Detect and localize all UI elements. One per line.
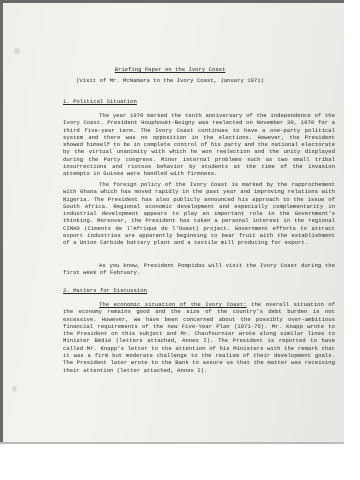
paragraph-foreign-policy: The foreign policy of the Ivory Coast is…: [63, 181, 335, 247]
paragraph-text: The foreign policy of the Ivory Coast is…: [63, 181, 335, 246]
document-subtitle: (Visit of Mr. McNamara to the Ivory Coas…: [40, 77, 300, 84]
section-heading-political-situation: 1. Political Situation: [63, 98, 137, 105]
paragraph-text: As you know, President Pompidou will vis…: [63, 262, 335, 276]
paragraph-text: The year 1970 marked the tenth anniversa…: [63, 112, 335, 177]
paper-blemish: [12, 386, 17, 392]
paragraph-pompidou-visit: As you know, President Pompidou will vis…: [63, 262, 335, 277]
paragraph-political-1: The year 1970 marked the tenth anniversa…: [63, 112, 335, 178]
section-heading-matters-for-discussion: 2. Matters for Discussion: [63, 287, 147, 294]
page-edge: [0, 442, 344, 444]
paragraph-lead-in: The economic situation of the Ivory Coas…: [99, 301, 247, 308]
paragraph-text: the overall situation of the economy rem…: [63, 301, 335, 374]
document-title: Briefing Paper on the Ivory Coast: [40, 66, 300, 73]
paragraph-economic-situation: The economic situation of the Ivory Coas…: [63, 301, 335, 374]
paper-blemish: [14, 48, 20, 54]
